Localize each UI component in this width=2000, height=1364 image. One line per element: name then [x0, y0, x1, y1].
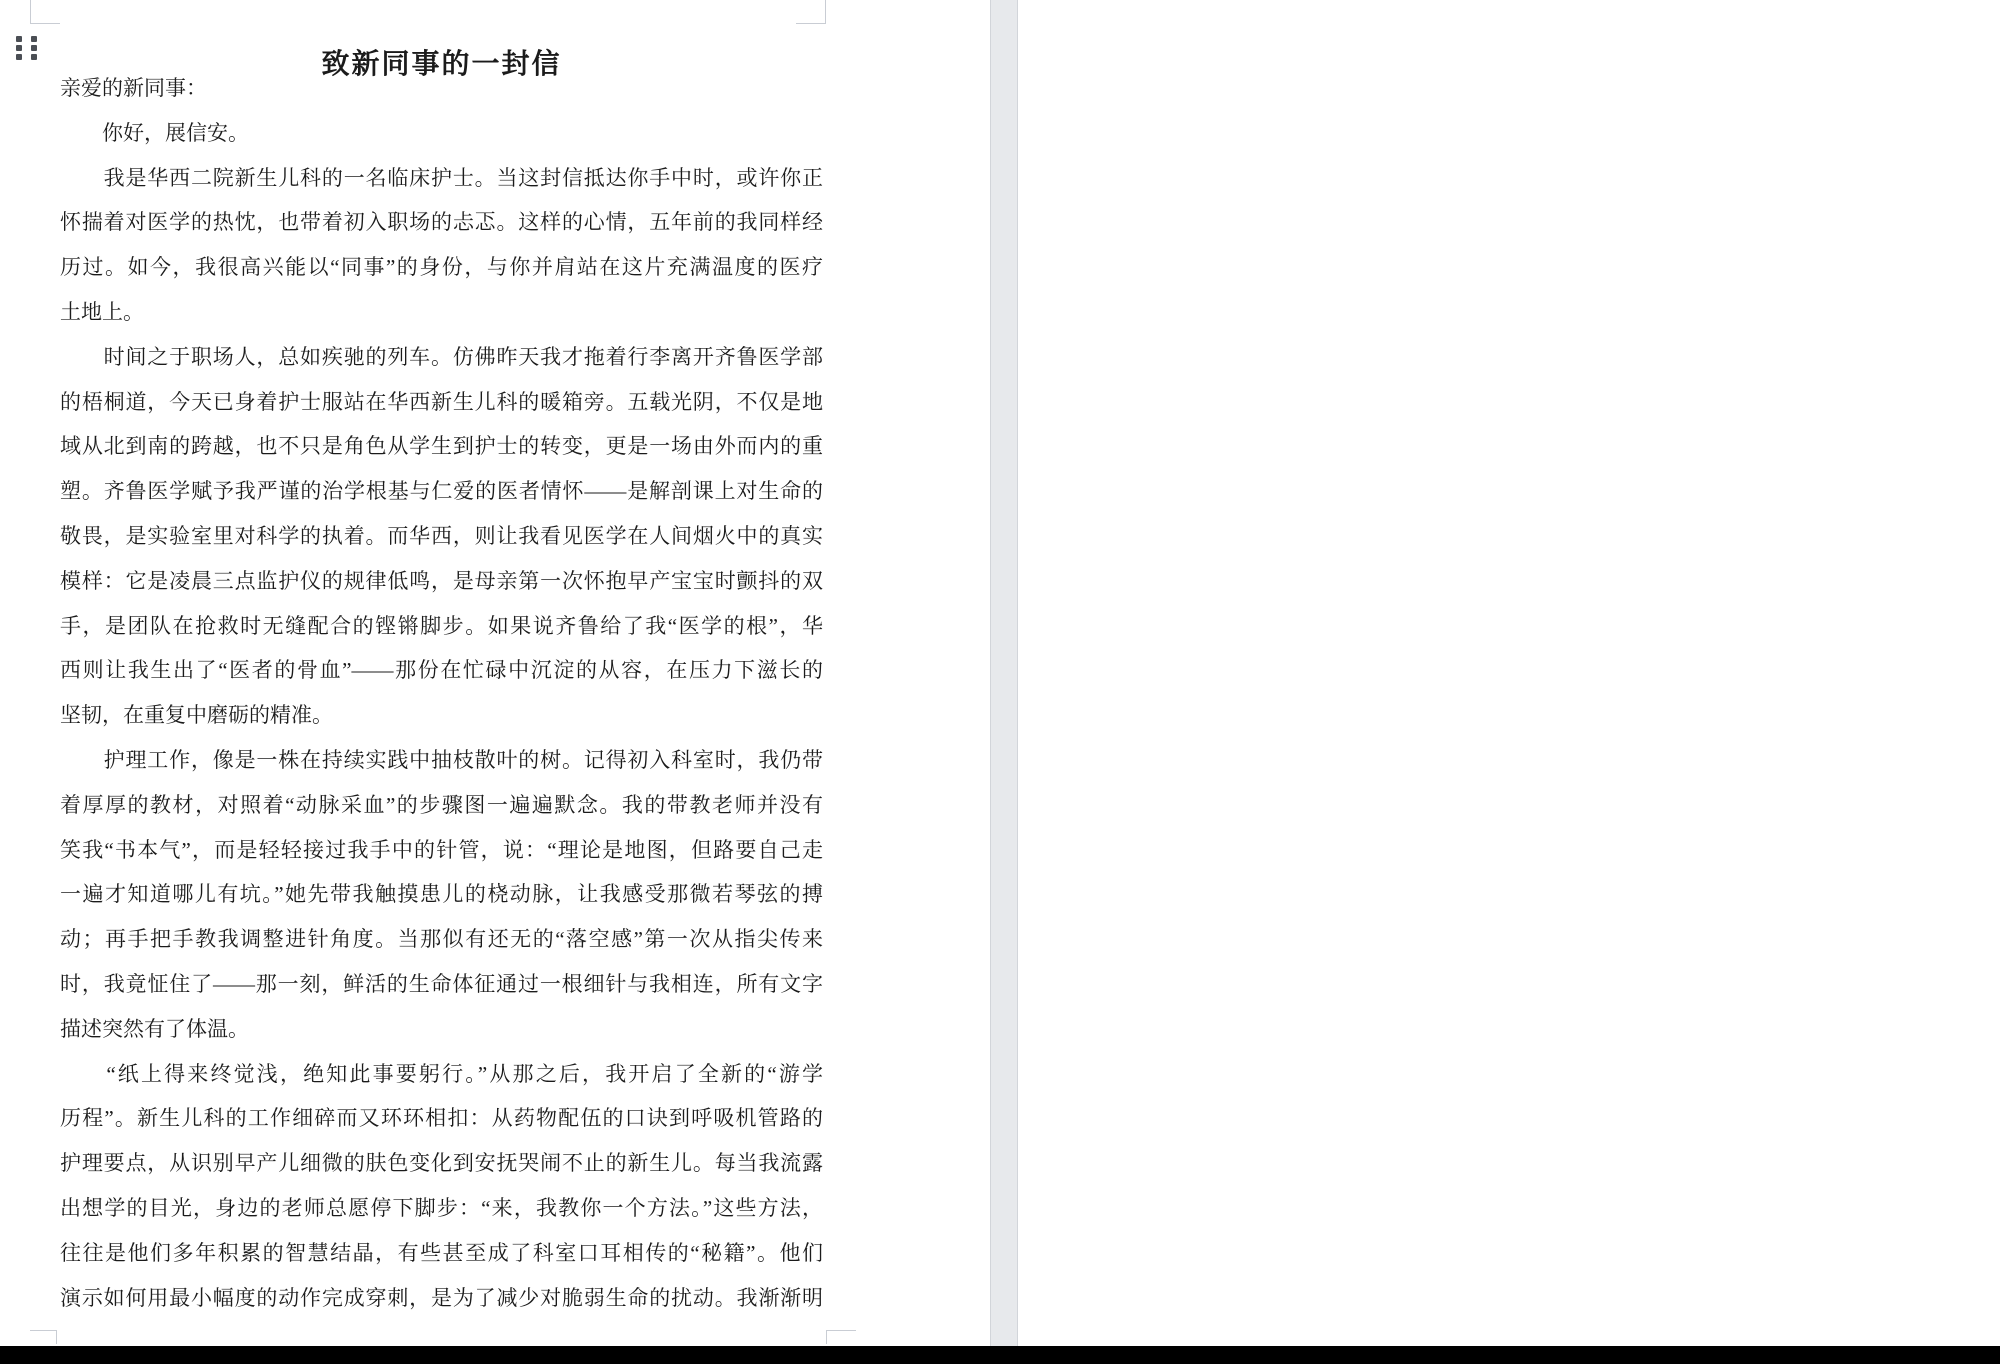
text-line[interactable]: 敬畏，是实验室里对科学的执着。而华西，则让我看见医学在人间烟火中的真实 — [60, 514, 823, 559]
text-line[interactable]: 出想学的目光，身边的老师总愿停下脚步：“来，我教你一个方法。”这些方法， — [60, 1186, 823, 1231]
text-line[interactable]: 演示如何用最小幅度的动作完成穿刺，是为了减少对脆弱生命的扰动。我渐渐明 — [60, 1276, 823, 1321]
text-line[interactable]: 亲爱的新同事： — [60, 66, 823, 111]
page-2[interactable]: 白，这里的“传承”不仅是知识的传递，更是一种对待生命的态度：严谨，是对无常的敬畏… — [1018, 0, 2000, 1346]
text-line[interactable]: 我是华西二院新生儿科的一名临床护士。当这封信抵达你手中时，或许你正 — [60, 156, 823, 201]
document-canvas: 致新同事的一封信 亲爱的新同事： 你好，展信安。 我是华西二院新生儿科的一名临床… — [0, 0, 2000, 1364]
text-line[interactable]: 描述突然有了体温。 — [60, 1007, 823, 1052]
text-line[interactable]: 笑我“书本气”，而是轻轻接过我手中的针管，说：“理论是地图，但路要自己走 — [60, 828, 823, 873]
text-line[interactable]: 塑。齐鲁医学赋予我严谨的治学根基与仁爱的医者情怀——是解剖课上对生命的 — [60, 469, 823, 514]
text-line[interactable]: 模样：它是凌晨三点监护仪的规律低鸣，是母亲第一次怀抱早产宝宝时颤抖的双 — [60, 559, 823, 604]
text-line[interactable]: 时间之于职场人，总如疾驰的列车。仿佛昨天我才拖着行李离开齐鲁医学部 — [60, 335, 823, 380]
text-line[interactable]: 手，是团队在抢救时无缝配合的铿锵脚步。如果说齐鲁给了我“医学的根”，华 — [60, 604, 823, 649]
text-line[interactable]: 土地上。 — [60, 290, 823, 335]
text-line[interactable]: 护理要点，从识别早产儿细微的肤色变化到安抚哭闹不止的新生儿。每当我流露 — [60, 1141, 823, 1186]
text-line[interactable]: 坚韧，在重复中磨砺的精准。 — [60, 693, 823, 738]
text-line[interactable]: 域从北到南的跨越，也不只是角色从学生到护士的转变，更是一场由外而内的重 — [60, 424, 823, 469]
margin-corner-mark — [796, 0, 826, 24]
text-line[interactable]: 的梧桐道，今天已身着护士服站在华西新生儿科的暖箱旁。五载光阴，不仅是地 — [60, 380, 823, 425]
drag-handle-icon[interactable] — [16, 36, 43, 64]
text-line[interactable]: 历程”。新生儿科的工作细碎而又环环相扣：从药物配伍的口诀到呼吸机管路的 — [60, 1096, 823, 1141]
text-line[interactable]: 一遍才知道哪儿有坑。”她先带我触摸患儿的桡动脉，让我感受那微若琴弦的搏 — [60, 872, 823, 917]
margin-corner-mark — [30, 1330, 57, 1344]
text-line[interactable]: 西则让我生出了“医者的骨血”——那份在忙碌中沉淀的从容，在压力下滋长的 — [60, 648, 823, 693]
text-line[interactable]: 往往是他们多年积累的智慧结晶，有些甚至成了科室口耳相传的“秘籍”。他们 — [60, 1231, 823, 1276]
margin-corner-mark — [30, 0, 60, 24]
text-line[interactable]: 你好，展信安。 — [60, 111, 823, 156]
page-1-text[interactable]: 亲爱的新同事： 你好，展信安。 我是华西二院新生儿科的一名临床护士。当这封信抵达… — [60, 66, 823, 1320]
page-gap — [990, 0, 1018, 1346]
text-line[interactable]: 护理工作，像是一株在持续实践中抽枝散叶的树。记得初入科室时，我仍带 — [60, 738, 823, 783]
text-line[interactable]: 怀揣着对医学的热忱，也带着初入职场的忐忑。这样的心情，五年前的我同样经 — [60, 200, 823, 245]
margin-corner-mark — [826, 1330, 856, 1344]
bottom-black-bar — [0, 1346, 2000, 1364]
text-line[interactable]: “纸上得来终觉浅，绝知此事要躬行。”从那之后，我开启了全新的“游学 — [60, 1052, 823, 1097]
page-1[interactable]: 致新同事的一封信 亲爱的新同事： 你好，展信安。 我是华西二院新生儿科的一名临床… — [0, 0, 990, 1346]
text-line[interactable]: 时，我竟怔住了——那一刻，鲜活的生命体征通过一根细针与我相连，所有文字 — [60, 962, 823, 1007]
text-line[interactable]: 历过。如今，我很高兴能以“同事”的身份，与你并肩站在这片充满温度的医疗 — [60, 245, 823, 290]
text-line[interactable]: 着厚厚的教材，对照着“动脉采血”的步骤图一遍遍默念。我的带教老师并没有 — [60, 783, 823, 828]
text-line[interactable]: 动；再手把手教我调整进针角度。当那似有还无的“落空感”第一次从指尖传来 — [60, 917, 823, 962]
